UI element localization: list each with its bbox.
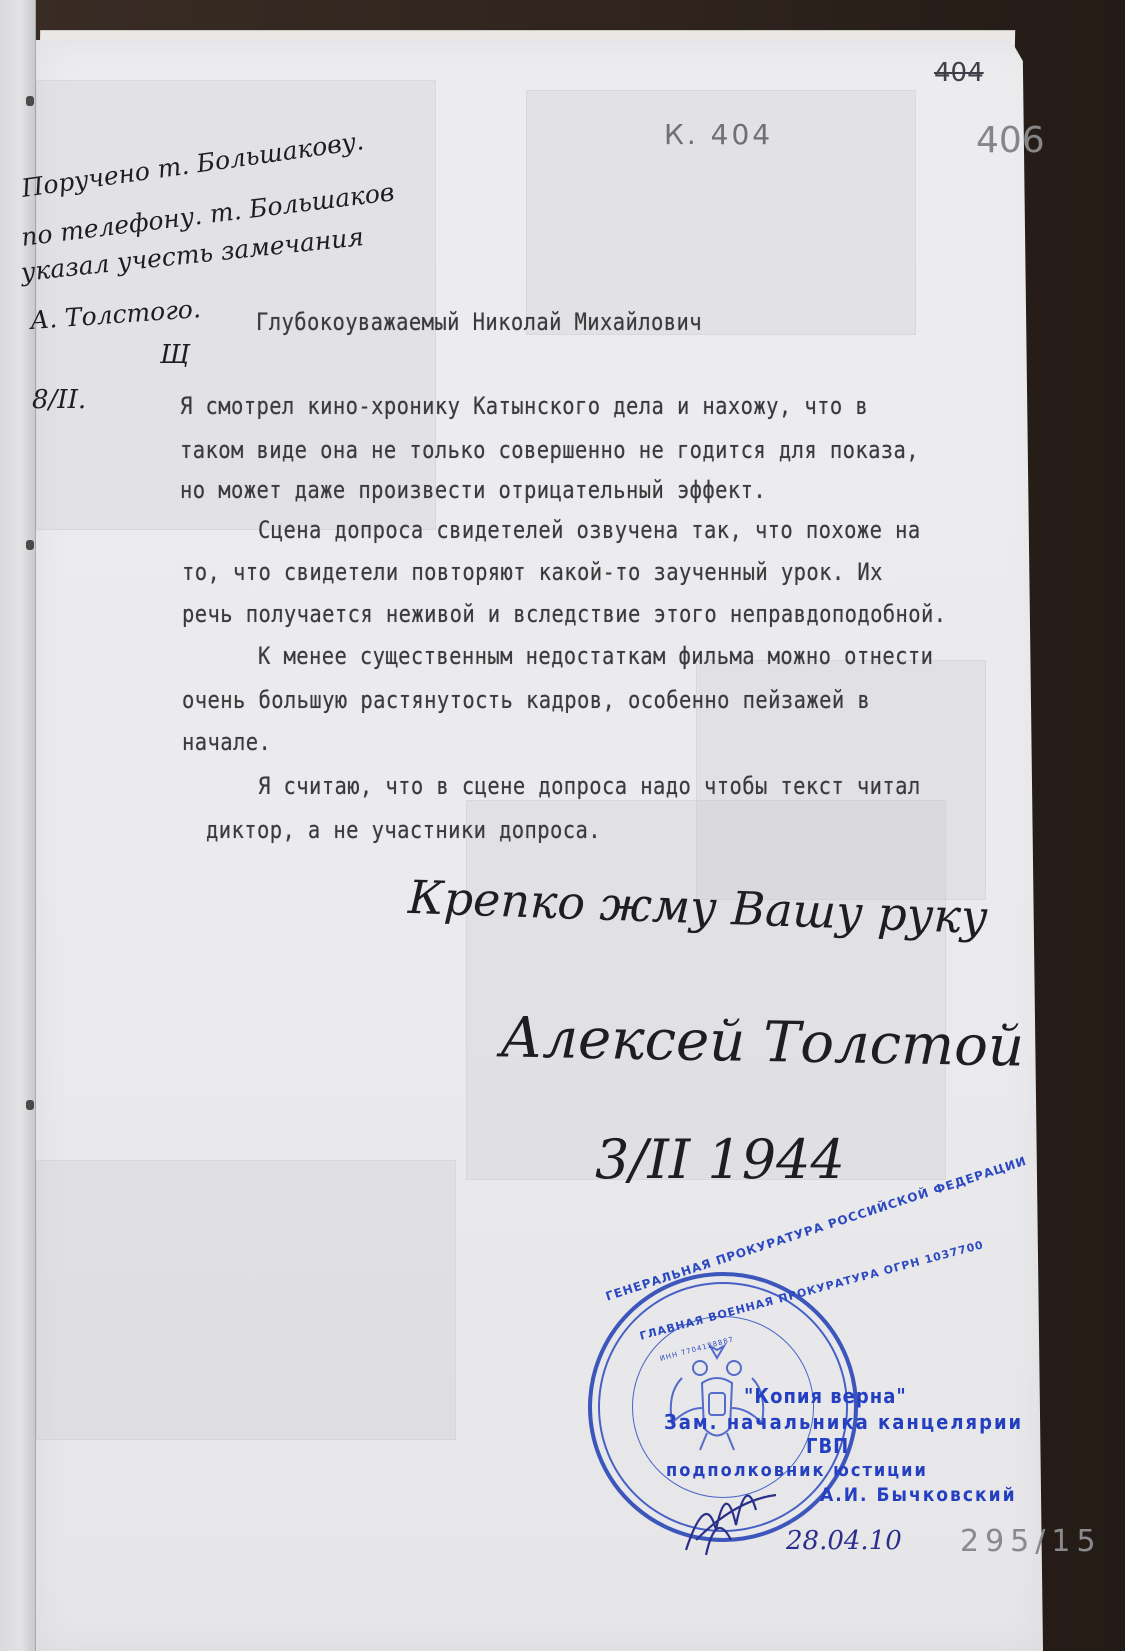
binder-hole xyxy=(26,96,34,106)
certifier-position: Зам. начальника канцелярии xyxy=(664,1410,1023,1434)
show-through-block xyxy=(36,1160,456,1440)
salutation: Глубокоуважаемый Николай Михайлович xyxy=(256,308,702,336)
signature-date: 3/II 1944 xyxy=(595,1128,845,1191)
certifier-department: ГВП xyxy=(806,1434,849,1458)
resolution-date: 8/II. xyxy=(32,385,86,415)
letter-line: Я считаю, что в сцене допроса надо чтобы… xyxy=(258,772,921,800)
certification-date: 28.04.10 xyxy=(786,1526,902,1556)
signature: Алексей Толстой xyxy=(499,1005,1024,1079)
letter-line: Я смотрел кино-хронику Катынского дела и… xyxy=(180,392,868,420)
resolution-initials: Щ xyxy=(160,340,190,370)
photo-background: К. 404 404 406 Поручено т. Большакову. п… xyxy=(0,0,1125,1651)
bottom-reference: 295/15 xyxy=(960,1524,1102,1559)
old-page-number: 404 xyxy=(934,58,984,88)
case-number: К. 404 xyxy=(664,118,773,151)
certifier-name: А.И. Бычковский xyxy=(820,1484,1017,1506)
letter-line: но может даже произвести отрицательный э… xyxy=(180,476,766,504)
binder-hole xyxy=(26,1100,34,1110)
letter-line: К менее существенным недостаткам фильма … xyxy=(258,642,933,670)
certifier-signature-scribble xyxy=(676,1470,786,1560)
letter-line: то, что свидетели повторяют какой-то зау… xyxy=(182,558,883,586)
letter-line: очень большую растянутость кадров, особе… xyxy=(182,686,870,714)
page-number: 406 xyxy=(976,120,1045,161)
letter-line: таком виде она не только совершенно не г… xyxy=(180,436,919,464)
certified-copy-label: "Копия верна" xyxy=(744,1384,907,1408)
letter-line: диктор, а не участники допроса. xyxy=(206,816,601,844)
letter-line: речь получается неживой и вследствие это… xyxy=(182,600,947,628)
letter-line: начале. xyxy=(182,728,271,756)
letter-line: Сцена допроса свидетелей озвучена так, ч… xyxy=(258,516,921,544)
binder-hole xyxy=(26,540,34,550)
show-through-block xyxy=(466,800,946,1180)
